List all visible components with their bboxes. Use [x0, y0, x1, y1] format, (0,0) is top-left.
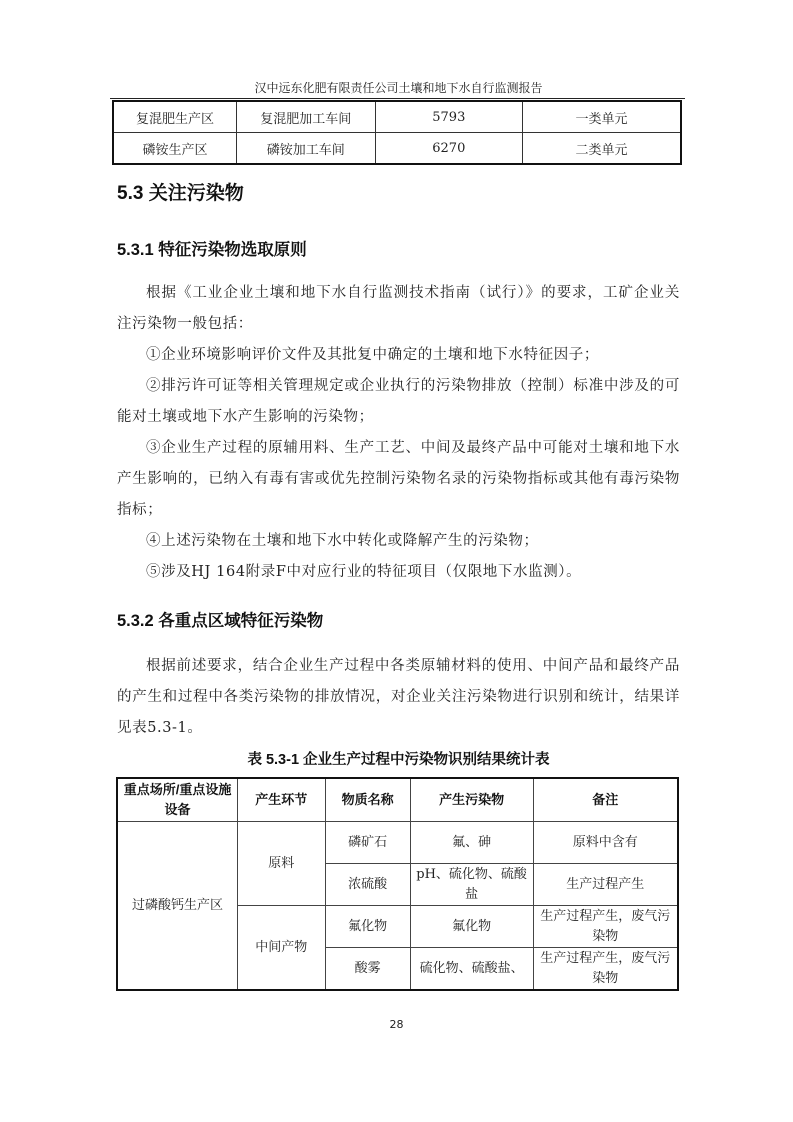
table-cell: 磷铵加工车间 [237, 133, 375, 165]
page-number: 28 [0, 1018, 793, 1031]
note-cell: 生产过程产生 [533, 864, 678, 906]
pollutants-cell: 氟化物 [410, 906, 533, 948]
page-header-title: 汉中远东化肥有限责任公司土壤和地下水自行监测报告 [117, 80, 680, 96]
list-item: ④上述污染物在土壤和地下水中转化或降解产生的污染物； [117, 526, 680, 557]
note-cell: 生产过程产生，废气污染物 [533, 948, 678, 991]
list-item: ①企业环境影响评价文件及其批复中确定的土壤和地下水特征因子； [117, 340, 680, 371]
area-cell: 过磷酸钙生产区 [117, 822, 238, 991]
section-heading-5-3: 5.3 关注污染物 [117, 181, 244, 207]
stage-cell: 原料 [238, 822, 325, 906]
table-row: 过磷酸钙生产区 原料 磷矿石 氟、砷 原料中含有 [117, 822, 678, 864]
substance-cell: 酸雾 [325, 948, 410, 991]
table-header-row: 重点场所/重点设施设备 产生环节 物质名称 产生污染物 备注 [117, 778, 678, 822]
table-caption: 表 5.3-1 企业生产过程中污染物识别结果统计表 [117, 749, 680, 771]
selection-principles-text: 根据《工业企业土壤和地下水自行监测技术指南（试行）》的要求，工矿企业关注污染物一… [117, 278, 680, 588]
column-header: 备注 [533, 778, 678, 822]
continued-unit-table: 复混肥生产区 复混肥加工车间 5793 一类单元 磷铵生产区 磷铵加工车间 62… [112, 100, 682, 165]
note-cell: 生产过程产生，废气污染物 [533, 906, 678, 948]
table-cell: 复混肥生产区 [113, 101, 237, 133]
pollutants-cell: 氟、砷 [410, 822, 533, 864]
pollutants-cell: 硫化物、硫酸盐、 [410, 948, 533, 991]
substance-cell: 浓硫酸 [325, 864, 410, 906]
pollutant-identification-table: 重点场所/重点设施设备 产生环节 物质名称 产生污染物 备注 过磷酸钙生产区 原… [116, 777, 679, 991]
table-cell: 复混肥加工车间 [237, 101, 375, 133]
body-paragraph: 根据前述要求，结合企业生产过程中各类原辅材料的使用、中间产品和最终产品的产生和过… [117, 651, 680, 744]
column-header: 产生污染物 [410, 778, 533, 822]
column-header: 重点场所/重点设施设备 [117, 778, 238, 822]
note-cell: 原料中含有 [533, 822, 678, 864]
section-heading-5-3-1: 5.3.1 特征污染物选取原则 [117, 238, 307, 262]
substance-cell: 氟化物 [325, 906, 410, 948]
key-area-pollutants-text: 根据前述要求，结合企业生产过程中各类原辅材料的使用、中间产品和最终产品的产生和过… [117, 651, 680, 744]
intro-paragraph: 根据《工业企业土壤和地下水自行监测技术指南（试行）》的要求，工矿企业关注污染物一… [117, 278, 680, 340]
column-header: 产生环节 [238, 778, 325, 822]
table-cell: 二类单元 [523, 133, 681, 165]
stage-cell: 中间产物 [238, 906, 325, 991]
column-header: 物质名称 [325, 778, 410, 822]
table-cell: 6270 [375, 133, 523, 165]
substance-cell: 磷矿石 [325, 822, 410, 864]
list-item: ②排污许可证等相关管理规定或企业执行的污染物排放（控制）标准中涉及的可能对土壤或… [117, 371, 680, 433]
section-heading-5-3-2: 5.3.2 各重点区域特征污染物 [117, 609, 323, 633]
list-item: ⑤涉及HJ 164附录F中对应行业的特征项目（仅限地下水监测）。 [117, 557, 680, 588]
table-cell: 磷铵生产区 [113, 133, 237, 165]
table-cell: 一类单元 [523, 101, 681, 133]
header-rule [110, 98, 685, 99]
table-cell: 5793 [375, 101, 523, 133]
list-item: ③企业生产过程的原辅用料、生产工艺、中间及最终产品中可能对土壤和地下水产生影响的… [117, 433, 680, 526]
table-row: 复混肥生产区 复混肥加工车间 5793 一类单元 [113, 101, 681, 133]
table-row: 磷铵生产区 磷铵加工车间 6270 二类单元 [113, 133, 681, 165]
pollutants-cell: pH、硫化物、硫酸盐 [410, 864, 533, 906]
